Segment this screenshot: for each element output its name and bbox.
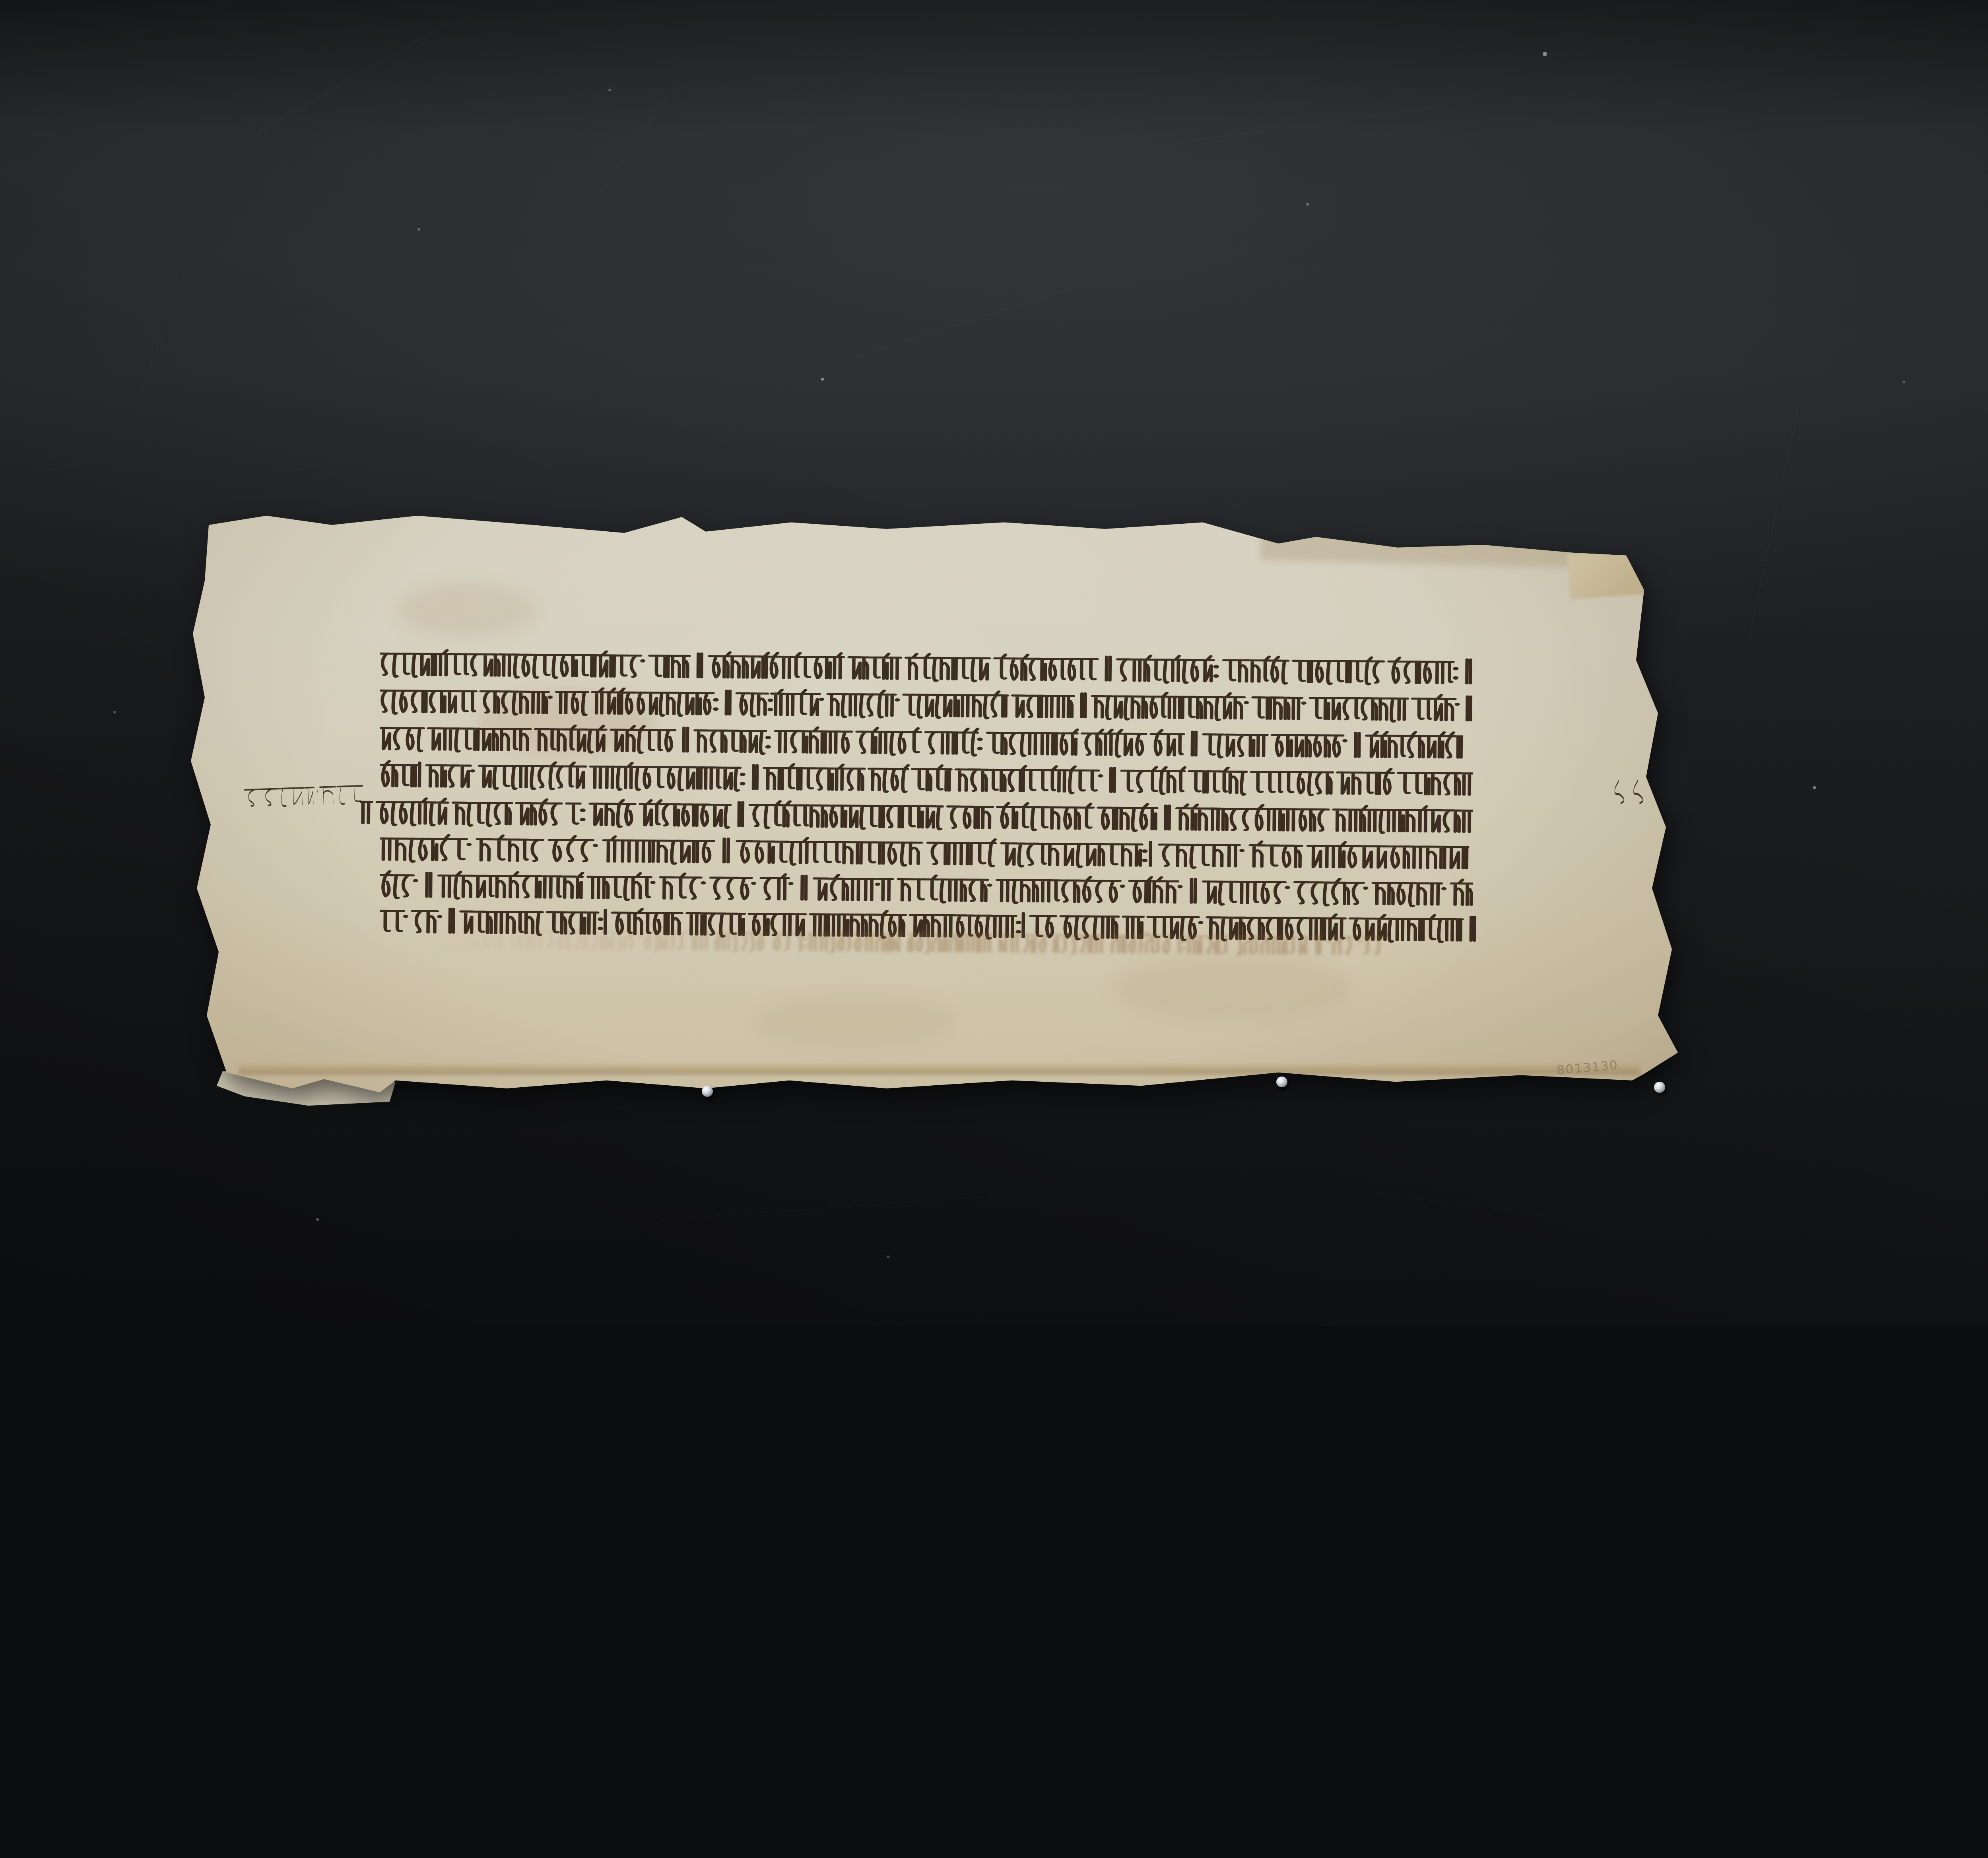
- margin-annotation: সপ্তুংটী৹: [244, 779, 364, 813]
- photo-backdrop: স্রাক্ততানক্ষীরাঘৃণোতিস্মযং হিদা ॥ ভুক্ত…: [0, 0, 1988, 1326]
- pin-head: [1654, 1082, 1665, 1093]
- paper-stain: [398, 583, 537, 636]
- pin-head: [1276, 1077, 1287, 1088]
- folio-number: ৬৭: [1610, 769, 1648, 809]
- paper-stain: [1113, 954, 1352, 1021]
- paper-stain: [755, 994, 954, 1047]
- paper-corner-fold: [1567, 549, 1651, 599]
- pin-head: [702, 1086, 713, 1097]
- paper-bottom-crease: [239, 1063, 1640, 1075]
